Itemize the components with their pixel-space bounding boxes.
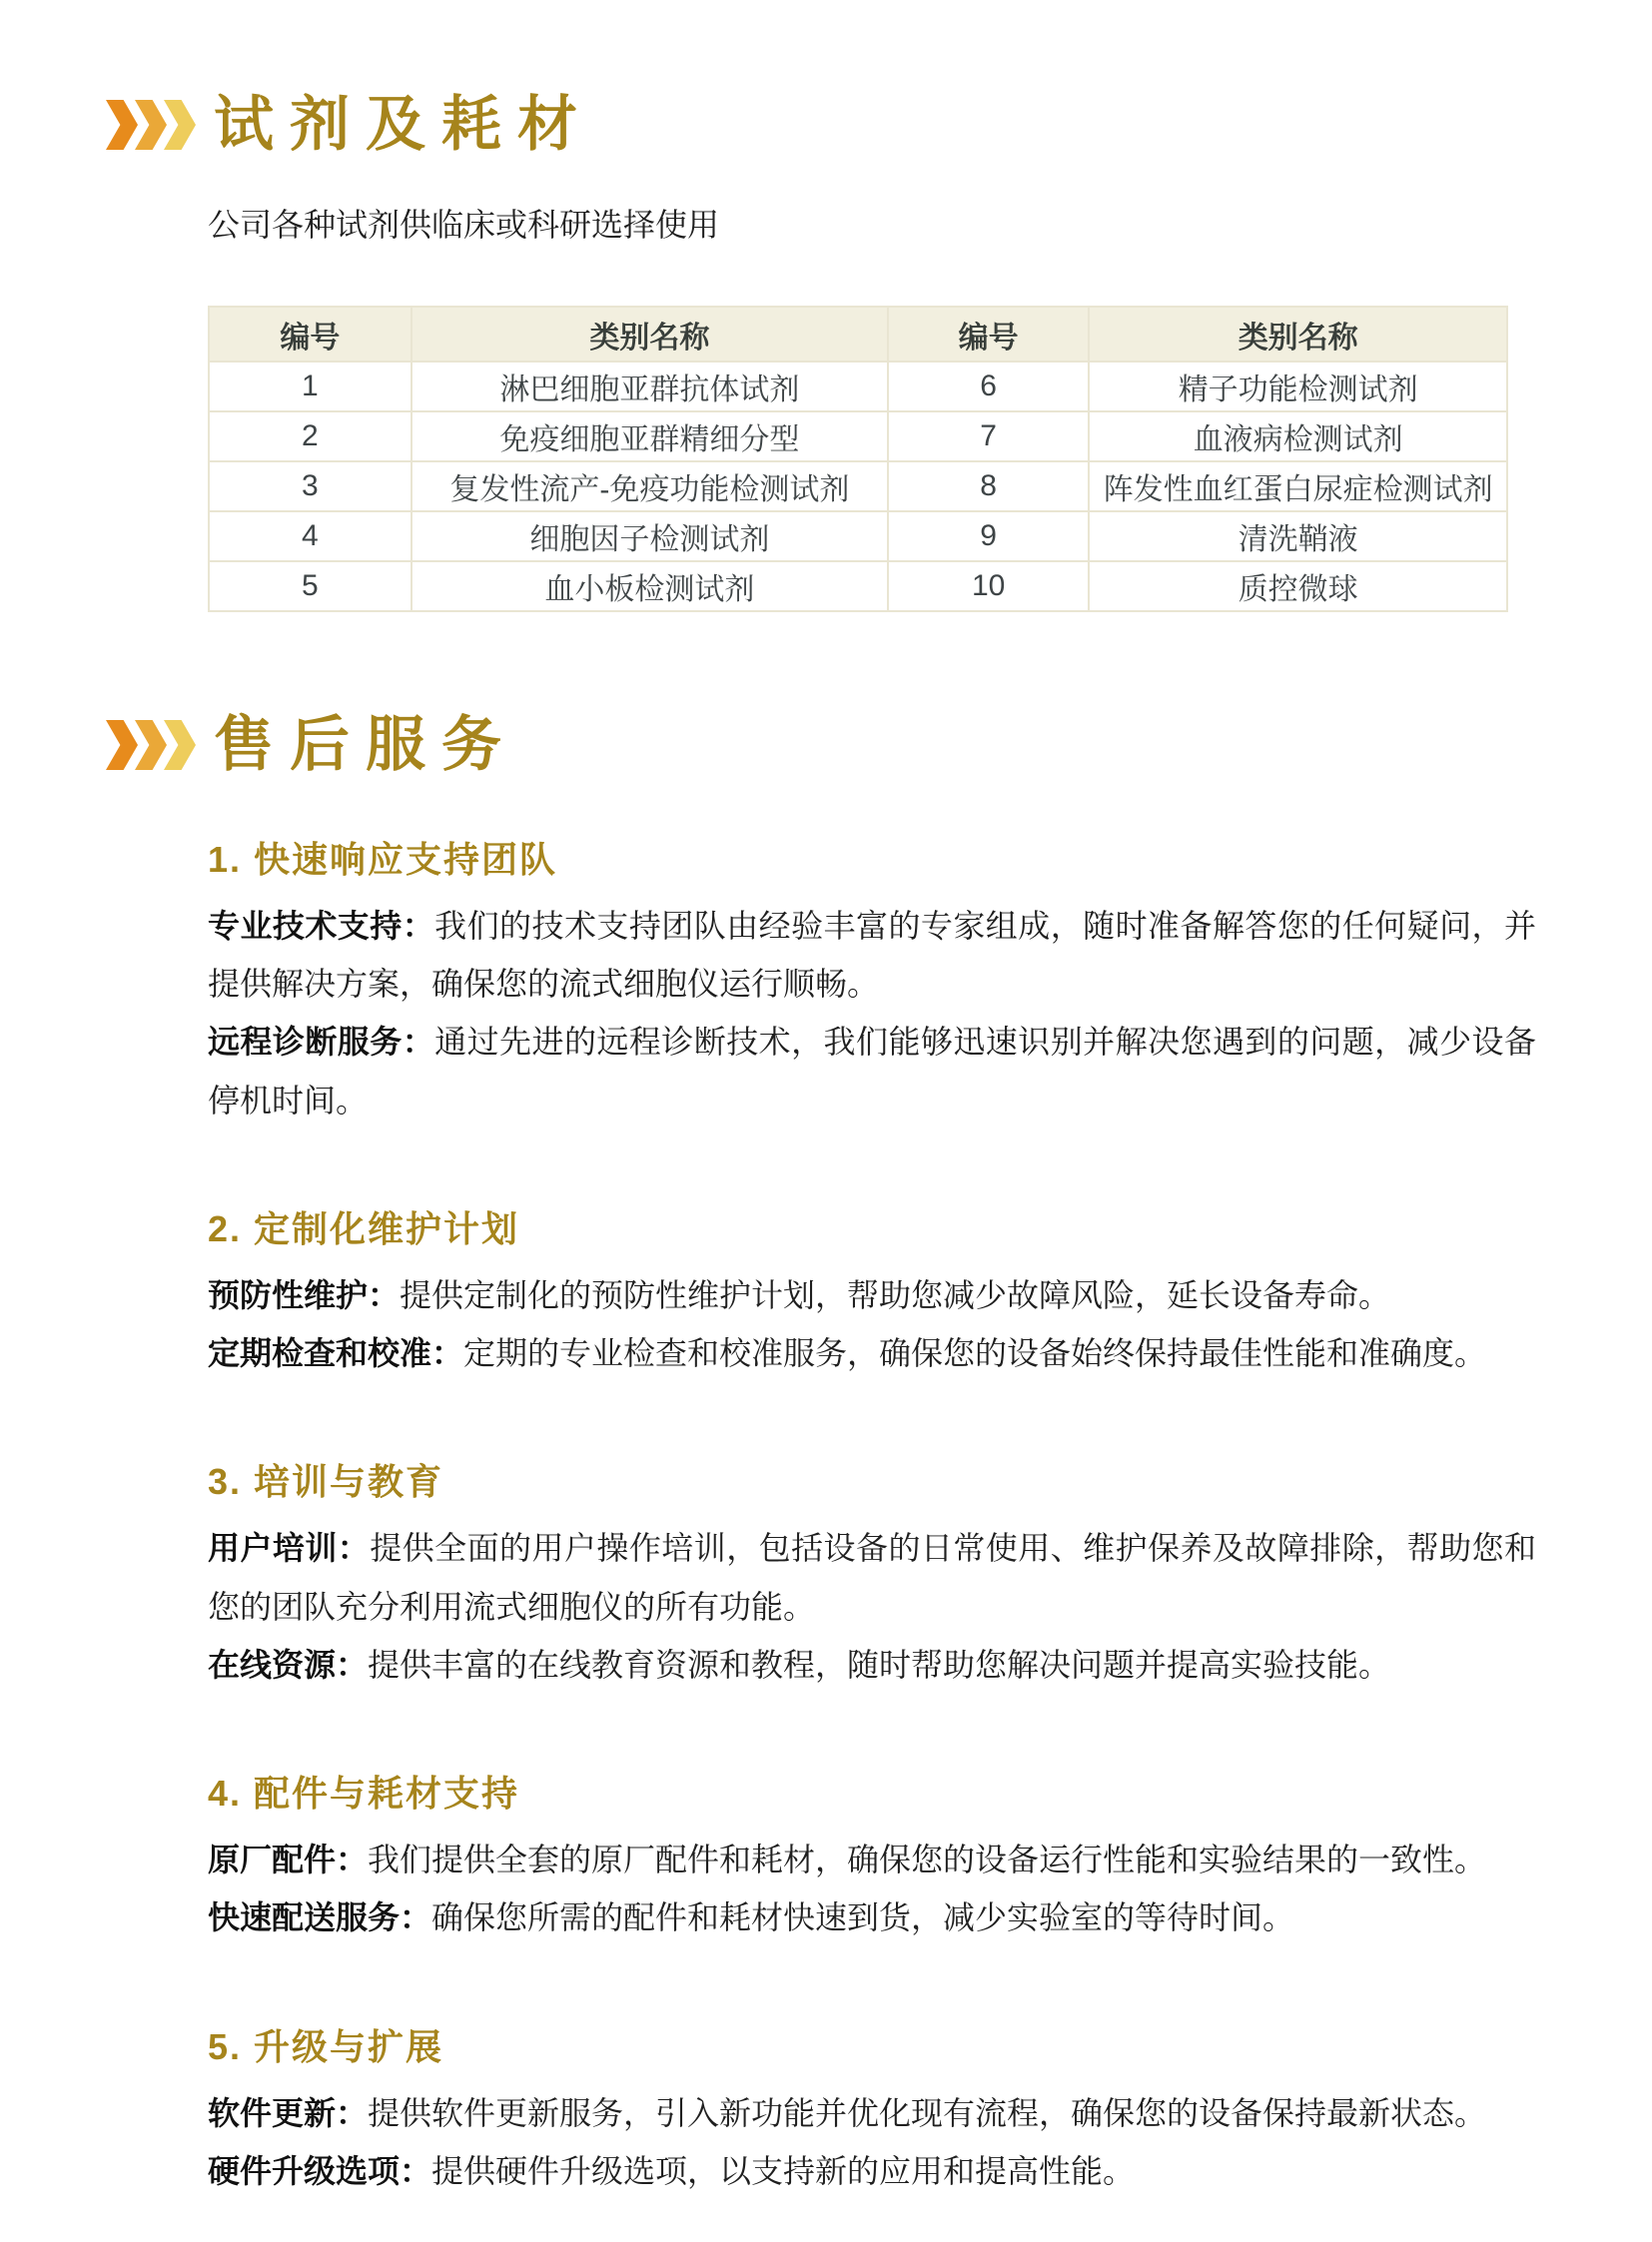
section-paragraph: 预防性维护：提供定制化的预防性维护计划，帮助您减少故障风险，延长设备寿命。 <box>208 1266 1536 1324</box>
chevron-icon <box>164 100 196 150</box>
cell-category: 清洗鞘液 <box>1089 511 1507 561</box>
cell-category: 血小板检测试剂 <box>412 561 888 611</box>
section-title: 3. 培训与教育 <box>208 1454 1536 1505</box>
section-title: 2. 定制化维护计划 <box>208 1201 1536 1252</box>
section-paragraph: 原厂配件：我们提供全套的原厂配件和耗材，确保您的设备运行性能和实验结果的一致性。 <box>208 1831 1536 1888</box>
cell-category: 血液病检测试剂 <box>1089 411 1507 461</box>
paragraph-label: 原厂配件： <box>208 1842 368 1877</box>
cell-number: 7 <box>888 411 1090 461</box>
paragraph-label: 在线资源： <box>208 1647 368 1683</box>
table-header-row: 编号 类别名称 编号 类别名称 <box>209 307 1507 362</box>
triple-chevron-icon <box>106 99 196 151</box>
table-row: 5 血小板检测试剂 10 质控微球 <box>209 561 1507 611</box>
cell-number: 2 <box>209 411 412 461</box>
cell-number: 10 <box>888 561 1090 611</box>
service-heading-row: 售后服务 <box>106 712 1652 778</box>
section-paragraph: 专业技术支持：我们的技术支持团队由经验丰富的专家组成，随时准备解答您的任何疑问，… <box>208 897 1536 1013</box>
paragraph-label: 预防性维护： <box>208 1277 400 1313</box>
paragraph-text: 提供定制化的预防性维护计划，帮助您减少故障风险，延长设备寿命。 <box>400 1277 1390 1313</box>
service-sections: 1. 快速响应支持团队 专业技术支持：我们的技术支持团队由经验丰富的专家组成，随… <box>208 832 1536 2200</box>
table-row: 4 细胞因子检测试剂 9 清洗鞘液 <box>209 511 1507 561</box>
section-title: 4. 配件与耗材支持 <box>208 1766 1536 1817</box>
section-paragraph: 定期检查和校准：定期的专业检查和校准服务，确保您的设备始终保持最佳性能和准确度。 <box>208 1324 1536 1382</box>
paragraph-label: 专业技术支持： <box>208 908 434 944</box>
service-section-4: 4. 配件与耗材支持 原厂配件：我们提供全套的原厂配件和耗材，确保您的设备运行性… <box>208 1766 1536 1946</box>
paragraph-label: 快速配送服务： <box>208 1899 431 1935</box>
reagents-heading-row: 试剂及耗材 <box>106 0 1652 158</box>
col-header-number: 编号 <box>209 307 412 362</box>
cell-category: 精子功能检测试剂 <box>1089 362 1507 411</box>
cell-category: 免疫细胞亚群精细分型 <box>412 411 888 461</box>
paragraph-text: 提供硬件升级选项，以支持新的应用和提高性能。 <box>431 2153 1135 2189</box>
section-title: 5. 升级与扩展 <box>208 2019 1536 2070</box>
reagents-subtitle: 公司各种试剂供临床或科研选择使用 <box>208 200 1652 246</box>
paragraph-label: 软件更新： <box>208 2095 368 2131</box>
service-heading: 售后服务 <box>214 712 517 778</box>
table-row: 3 复发性流产-免疫功能检测试剂 8 阵发性血红蛋白尿症检测试剂 <box>209 461 1507 511</box>
paragraph-text: 提供丰富的在线教育资源和教程，随时帮助您解决问题并提高实验技能。 <box>368 1647 1390 1683</box>
paragraph-label: 远程诊断服务： <box>208 1024 434 1060</box>
paragraph-text: 定期的专业检查和校准服务，确保您的设备始终保持最佳性能和准确度。 <box>463 1335 1486 1371</box>
section-paragraph: 远程诊断服务：通过先进的远程诊断技术，我们能够迅速识别并解决您遇到的问题，减少设… <box>208 1013 1536 1128</box>
col-header-category: 类别名称 <box>1089 307 1507 362</box>
service-section-1: 1. 快速响应支持团队 专业技术支持：我们的技术支持团队由经验丰富的专家组成，随… <box>208 832 1536 1129</box>
paragraph-text: 提供全面的用户操作培训，包括设备的日常使用、维护保养及故障排除，帮助您和您的团队… <box>208 1530 1536 1624</box>
reagents-heading: 试剂及耗材 <box>214 92 593 158</box>
reagents-table: 编号 类别名称 编号 类别名称 1 淋巴细胞亚群抗体试剂 6 精子功能检测试剂 … <box>208 306 1508 612</box>
chevron-icon <box>164 720 196 770</box>
chevron-icon <box>106 100 138 150</box>
triple-chevron-icon <box>106 719 196 771</box>
paragraph-label: 用户培训： <box>208 1530 370 1566</box>
cell-number: 9 <box>888 511 1090 561</box>
cell-category: 细胞因子检测试剂 <box>412 511 888 561</box>
section-paragraph: 在线资源：提供丰富的在线教育资源和教程，随时帮助您解决问题并提高实验技能。 <box>208 1636 1536 1694</box>
paragraph-label: 定期检查和校准： <box>208 1335 463 1371</box>
paragraph-text: 确保您所需的配件和耗材快速到货，减少实验室的等待时间。 <box>431 1899 1294 1935</box>
cell-number: 4 <box>209 511 412 561</box>
cell-number: 6 <box>888 362 1090 411</box>
paragraph-label: 硬件升级选项： <box>208 2153 431 2189</box>
table-row: 2 免疫细胞亚群精细分型 7 血液病检测试剂 <box>209 411 1507 461</box>
section-title: 1. 快速响应支持团队 <box>208 832 1536 883</box>
section-paragraph: 硬件升级选项：提供硬件升级选项，以支持新的应用和提高性能。 <box>208 2142 1536 2200</box>
cell-category: 质控微球 <box>1089 561 1507 611</box>
col-header-number: 编号 <box>888 307 1090 362</box>
cell-number: 1 <box>209 362 412 411</box>
cell-number: 3 <box>209 461 412 511</box>
chevron-icon <box>135 720 167 770</box>
paragraph-text: 我们提供全套的原厂配件和耗材，确保您的设备运行性能和实验结果的一致性。 <box>368 1842 1486 1877</box>
document-page: 试剂及耗材 公司各种试剂供临床或科研选择使用 编号 类别名称 编号 类别名称 1… <box>0 0 1652 2242</box>
service-section-3: 3. 培训与教育 用户培训：提供全面的用户操作培训，包括设备的日常使用、维护保养… <box>208 1454 1536 1694</box>
chevron-icon <box>135 100 167 150</box>
section-paragraph: 快速配送服务：确保您所需的配件和耗材快速到货，减少实验室的等待时间。 <box>208 1888 1536 1946</box>
section-paragraph: 软件更新：提供软件更新服务，引入新功能并优化现有流程，确保您的设备保持最新状态。 <box>208 2084 1536 2142</box>
cell-category: 淋巴细胞亚群抗体试剂 <box>412 362 888 411</box>
chevron-icon <box>106 720 138 770</box>
service-section-5: 5. 升级与扩展 软件更新：提供软件更新服务，引入新功能并优化现有流程，确保您的… <box>208 2019 1536 2200</box>
paragraph-text: 提供软件更新服务，引入新功能并优化现有流程，确保您的设备保持最新状态。 <box>368 2095 1486 2131</box>
section-paragraph: 用户培训：提供全面的用户操作培训，包括设备的日常使用、维护保养及故障排除，帮助您… <box>208 1519 1536 1635</box>
col-header-category: 类别名称 <box>412 307 888 362</box>
cell-category: 阵发性血红蛋白尿症检测试剂 <box>1089 461 1507 511</box>
cell-number: 5 <box>209 561 412 611</box>
cell-number: 8 <box>888 461 1090 511</box>
service-section-2: 2. 定制化维护计划 预防性维护：提供定制化的预防性维护计划，帮助您减少故障风险… <box>208 1201 1536 1382</box>
cell-category: 复发性流产-免疫功能检测试剂 <box>412 461 888 511</box>
table-row: 1 淋巴细胞亚群抗体试剂 6 精子功能检测试剂 <box>209 362 1507 411</box>
